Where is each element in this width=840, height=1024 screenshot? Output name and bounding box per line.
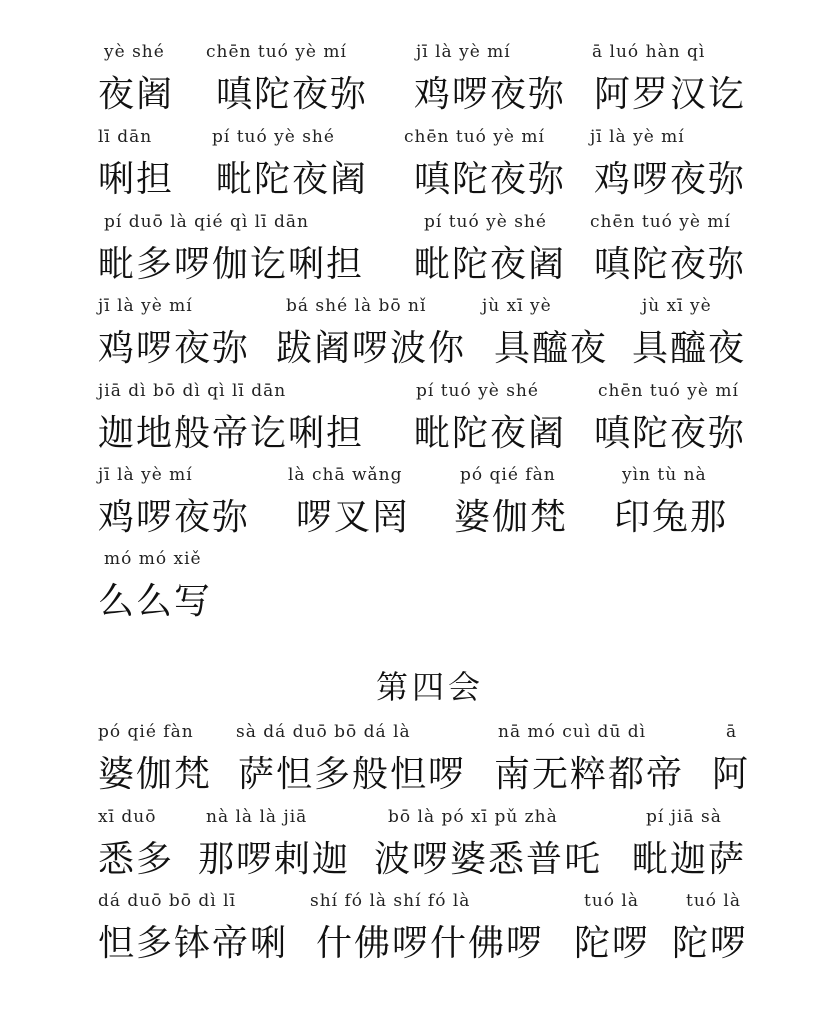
pinyin: shí fó là shí fó là bbox=[310, 891, 470, 911]
hanzi: 怛多钵帝唎 bbox=[98, 915, 288, 966]
pinyin: tuó là bbox=[584, 891, 639, 911]
pinyin: pó qié fàn bbox=[460, 465, 556, 485]
hanzi: 跋阇啰波你 bbox=[276, 320, 466, 371]
verse-line: lī dān 唎担 pí tuó yè shé 毗陀夜阇 chēn tuó yè… bbox=[0, 127, 840, 207]
hanzi: 阿罗汉讫 bbox=[594, 66, 746, 117]
pinyin: sà dá duō bō dá là bbox=[236, 722, 411, 742]
verse-line: mó mó xiě 么么写 bbox=[0, 549, 840, 629]
hanzi: 印兔那 bbox=[614, 489, 728, 540]
verse-line: dá duō bō dì lī 怛多钵帝唎 shí fó là shí fó l… bbox=[0, 891, 840, 971]
pinyin: lī dān bbox=[98, 127, 152, 147]
pinyin: là chā wǎng bbox=[288, 465, 403, 485]
hanzi: 那啰剌迦 bbox=[198, 831, 350, 882]
hanzi: 毗陀夜阇 bbox=[216, 151, 368, 202]
hanzi: 陀啰 bbox=[574, 915, 650, 966]
verse-line: jiā dì bō dì qì lī dān 迦地般帝讫唎担 pí tuó yè… bbox=[0, 381, 840, 461]
pinyin: mó mó xiě bbox=[104, 549, 202, 569]
pinyin: jī là yè mí bbox=[416, 42, 511, 62]
section-heading: 第四会 bbox=[0, 662, 840, 708]
hanzi: 具醯夜 bbox=[632, 320, 746, 371]
pinyin: pí tuó yè shé bbox=[424, 212, 547, 232]
verse-line: pí duō là qié qì lī dān 毗多啰伽讫唎担 pí tuó y… bbox=[0, 212, 840, 292]
hanzi: 夜阇 bbox=[98, 66, 174, 117]
pinyin: jù xī yè bbox=[482, 296, 552, 316]
hanzi: 什佛啰什佛啰 bbox=[316, 915, 544, 966]
verse-line: jī là yè mí 鸡啰夜弥 bá shé là bō nǐ 跋阇啰波你 j… bbox=[0, 296, 840, 376]
pinyin: bō là pó xī pǔ zhà bbox=[388, 807, 558, 827]
hanzi: 嗔陀夜弥 bbox=[594, 405, 746, 456]
hanzi: 婆伽梵 bbox=[454, 489, 568, 540]
hanzi: 毗陀夜阇 bbox=[414, 236, 566, 287]
pinyin: nà là là jiā bbox=[206, 807, 307, 827]
pinyin: tuó là bbox=[686, 891, 741, 911]
pinyin: pí tuó yè shé bbox=[212, 127, 335, 147]
pinyin: xī duō bbox=[98, 807, 157, 827]
hanzi: 鸡啰夜弥 bbox=[98, 320, 250, 371]
pinyin: jī là yè mí bbox=[98, 296, 193, 316]
hanzi: 陀啰 bbox=[672, 915, 748, 966]
pinyin: pí tuó yè shé bbox=[416, 381, 539, 401]
hanzi: 鸡啰夜弥 bbox=[414, 66, 566, 117]
hanzi: 具醯夜 bbox=[494, 320, 608, 371]
hanzi: 嗔陀夜弥 bbox=[594, 236, 746, 287]
hanzi: 唎担 bbox=[98, 151, 174, 202]
hanzi: 波啰婆悉普吒 bbox=[374, 831, 602, 882]
hanzi: 萨怛多般怛啰 bbox=[238, 746, 466, 797]
pinyin: pó qié fàn bbox=[98, 722, 194, 742]
hanzi: 阿 bbox=[712, 746, 750, 797]
pinyin: chēn tuó yè mí bbox=[598, 381, 739, 401]
pinyin: bá shé là bō nǐ bbox=[286, 296, 426, 316]
pinyin: nā mó cuì dū dì bbox=[498, 722, 646, 742]
hanzi: 鸡啰夜弥 bbox=[98, 489, 250, 540]
verse-line: pó qié fàn 婆伽梵 sà dá duō bō dá là 萨怛多般怛啰… bbox=[0, 722, 840, 802]
verse-line: xī duō 悉多 nà là là jiā 那啰剌迦 bō là pó xī … bbox=[0, 807, 840, 887]
pinyin: chēn tuó yè mí bbox=[206, 42, 347, 62]
hanzi: 南无粹都帝 bbox=[494, 746, 684, 797]
pinyin: chēn tuó yè mí bbox=[590, 212, 731, 232]
hanzi: 迦地般帝讫唎担 bbox=[98, 405, 364, 456]
hanzi: 啰叉罔 bbox=[296, 489, 410, 540]
pinyin: jiā dì bō dì qì lī dān bbox=[98, 381, 286, 401]
pinyin: ā bbox=[726, 722, 737, 742]
hanzi: 嗔陀夜弥 bbox=[414, 151, 566, 202]
hanzi: 毗多啰伽讫唎担 bbox=[98, 236, 364, 287]
pinyin: jù xī yè bbox=[642, 296, 712, 316]
verse-line: jī là yè mí 鸡啰夜弥 là chā wǎng 啰叉罔 pó qié … bbox=[0, 465, 840, 545]
pinyin: jī là yè mí bbox=[98, 465, 193, 485]
pinyin: pí jiā sà bbox=[646, 807, 722, 827]
pinyin: jī là yè mí bbox=[590, 127, 685, 147]
hanzi: 嗔陀夜弥 bbox=[216, 66, 368, 117]
pinyin: chēn tuó yè mí bbox=[404, 127, 545, 147]
hanzi: 毗陀夜阇 bbox=[414, 405, 566, 456]
hanzi: 么么写 bbox=[98, 573, 212, 624]
pinyin: ā luó hàn qì bbox=[592, 42, 705, 62]
pinyin: dá duō bō dì lī bbox=[98, 891, 236, 911]
hanzi: 悉多 bbox=[98, 831, 174, 882]
hanzi: 鸡啰夜弥 bbox=[594, 151, 746, 202]
pinyin: yìn tù nà bbox=[622, 465, 707, 485]
pinyin: pí duō là qié qì lī dān bbox=[104, 212, 309, 232]
pinyin: yè shé bbox=[104, 42, 165, 62]
hanzi: 婆伽梵 bbox=[98, 746, 212, 797]
hanzi: 毗迦萨 bbox=[632, 831, 746, 882]
verse-line: yè shé 夜阇 chēn tuó yè mí 嗔陀夜弥 jī là yè m… bbox=[0, 42, 840, 122]
